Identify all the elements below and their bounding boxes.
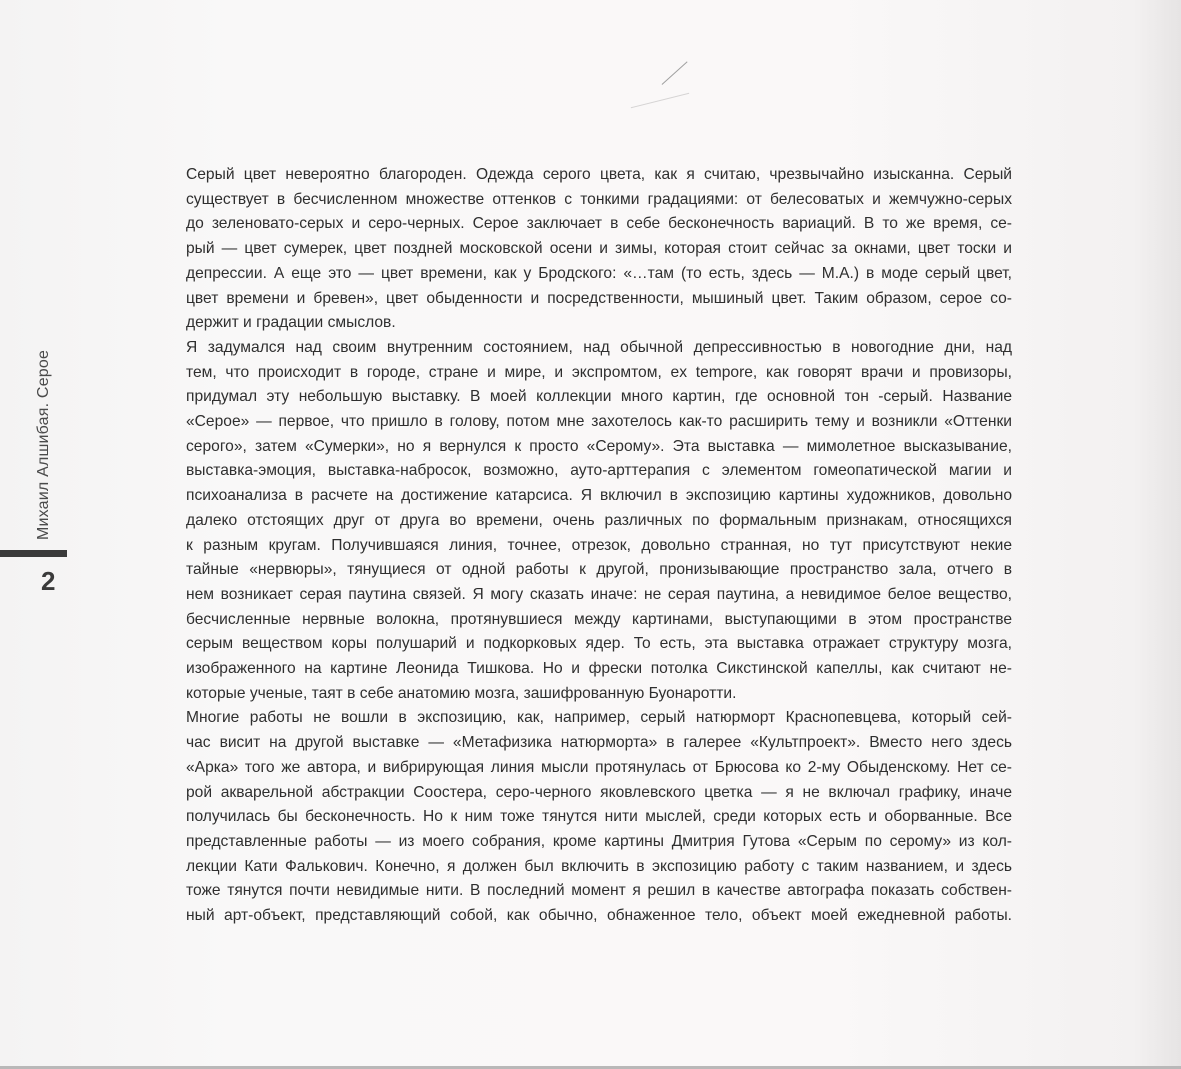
text-line: лекции Кати Фалькович. Конечно, я должен… <box>186 855 1012 880</box>
text-line: бесчисленные нервные волокна, протянувши… <box>186 608 1012 633</box>
scan-scratch-mark <box>662 61 688 85</box>
text-line: рый — цвет сумерек, цвет поздней московс… <box>186 237 1012 262</box>
text-line: существует в бесчисленном множестве отте… <box>186 188 1012 213</box>
text-line: час висит на другой выставке — «Метафизи… <box>186 731 1012 756</box>
text-line: выставка-эмоция, выставка-набросок, возм… <box>186 459 1012 484</box>
running-header-title: Михаил Алшибая. Серое <box>35 350 53 540</box>
running-header-rule <box>0 550 67 557</box>
paragraph-3: Многие работы не вошли в экспозицию, как… <box>186 706 1016 928</box>
text-line: Серый цвет невероятно благороден. Одежда… <box>186 163 1012 188</box>
body-text: Серый цвет невероятно благороден. Одежда… <box>186 163 1016 929</box>
text-line: тем, что происходит в городе, стране и м… <box>186 361 1012 386</box>
text-line: психоанализа в расчете на достижение кат… <box>186 484 1012 509</box>
text-line: держит и градации смыслов. <box>186 311 1012 336</box>
text-line: до зеленовато-серых и серо-черных. Серое… <box>186 212 1012 237</box>
scan-scratch-mark-faint <box>631 93 689 108</box>
text-line: представленные работы — из моего собрани… <box>186 830 1012 855</box>
text-line: тоже тянутся почти невидимые нити. В пос… <box>186 879 1012 904</box>
text-line: депрессии. А еще это — цвет времени, как… <box>186 262 1012 287</box>
paragraph-1: Серый цвет невероятно благороден. Одежда… <box>186 163 1016 336</box>
text-line: Я задумался над своим внутренним состоян… <box>186 336 1012 361</box>
text-line: цвет времени и бревен», цвет обыденности… <box>186 287 1012 312</box>
text-line: тайные «нервюры», тянущиеся от одной раб… <box>186 558 1012 583</box>
text-line: нем возникает серая паутина связей. Я мо… <box>186 583 1012 608</box>
page-number: 2 <box>41 566 55 597</box>
text-line: получилась бы бесконечность. Но к ним то… <box>186 805 1012 830</box>
text-line: к разным кругам. Получившаяся линия, точ… <box>186 534 1012 559</box>
text-line: рой акварельной абстракции Соостера, сер… <box>186 781 1012 806</box>
text-line: изображенного на картине Леонида Тишкова… <box>186 657 1012 682</box>
text-line: которые ученые, таят в себе анатомию моз… <box>186 682 1012 707</box>
text-line: придумал эту небольшую выставку. В моей … <box>186 385 1012 410</box>
text-line: «Арка» того же автора, и вибрирующая лин… <box>186 756 1012 781</box>
text-line: Многие работы не вошли в экспозицию, как… <box>186 706 1012 731</box>
text-line: серого», затем «Сумерки», но я вернулся … <box>186 435 1012 460</box>
book-page: Михаил Алшибая. Серое 2 Серый цвет невер… <box>0 0 1181 1069</box>
text-line: ный арт-объект, представляющий собой, ка… <box>186 904 1012 929</box>
text-line: «Серое» — первое, что пришло в голову, п… <box>186 410 1012 435</box>
paragraph-2: Я задумался над своим внутренним состоян… <box>186 336 1016 707</box>
text-line: далеко отстоящих друг от друга во времен… <box>186 509 1012 534</box>
text-line: серым веществом коры полушарий и подкорк… <box>186 632 1012 657</box>
